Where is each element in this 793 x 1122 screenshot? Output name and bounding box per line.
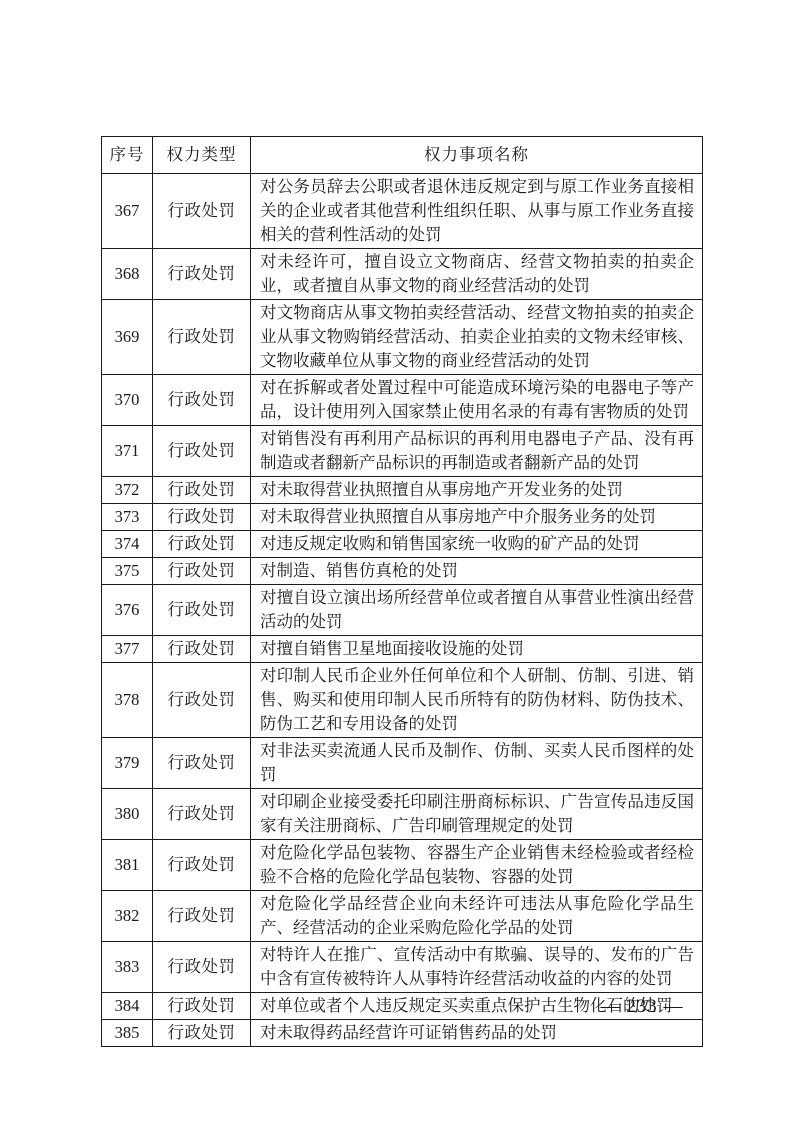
cell-serial-number: 385 [102, 1020, 153, 1047]
cell-power-item-name: 对擅自设立演出场所经营单位或者擅自从事营业性演出经营活动的处罚 [251, 585, 703, 636]
cell-serial-number: 370 [102, 375, 153, 426]
cell-power-item-name: 对未取得药品经营许可证销售药品的处罚 [251, 1020, 703, 1047]
table-row: 383行政处罚对特许人在推广、宣传活动中有欺骗、误导的、发布的广告中含有宣传被特… [102, 942, 703, 993]
header-power-type: 权力类型 [153, 137, 251, 174]
cell-serial-number: 375 [102, 558, 153, 585]
table-row: 375行政处罚对制造、销售仿真枪的处罚 [102, 558, 703, 585]
table-row: 369行政处罚对文物商店从事文物拍卖经营活动、经营文物拍卖的拍卖企业从事文物购销… [102, 300, 703, 375]
cell-serial-number: 377 [102, 636, 153, 663]
cell-power-type: 行政处罚 [153, 504, 251, 531]
cell-power-type: 行政处罚 [153, 993, 251, 1020]
cell-power-type: 行政处罚 [153, 1020, 251, 1047]
table-row: 381行政处罚对危险化学品包装物、容器生产企业销售未经检验或者经检验不合格的危险… [102, 840, 703, 891]
cell-power-type: 行政处罚 [153, 558, 251, 585]
cell-power-item-name: 对未取得营业执照擅自从事房地产开发业务的处罚 [251, 477, 703, 504]
header-power-item-name: 权力事项名称 [251, 137, 703, 174]
cell-serial-number: 374 [102, 531, 153, 558]
cell-power-item-name: 对公务员辞去公职或者退休违反规定到与原工作业务直接相关的企业或者其他营利性组织任… [251, 174, 703, 249]
cell-serial-number: 371 [102, 426, 153, 477]
cell-power-type: 行政处罚 [153, 942, 251, 993]
header-serial-number: 序号 [102, 137, 153, 174]
cell-power-type: 行政处罚 [153, 789, 251, 840]
cell-power-type: 行政处罚 [153, 531, 251, 558]
cell-power-type: 行政处罚 [153, 375, 251, 426]
cell-serial-number: 380 [102, 789, 153, 840]
cell-power-type: 行政处罚 [153, 426, 251, 477]
cell-power-item-name: 对擅自销售卫星地面接收设施的处罚 [251, 636, 703, 663]
table-row: 373行政处罚对未取得营业执照擅自从事房地产中介服务业务的处罚 [102, 504, 703, 531]
cell-power-type: 行政处罚 [153, 738, 251, 789]
table-row: 382行政处罚对危险化学品经营企业向未经许可违法从事危险化学品生产、经营活动的企… [102, 891, 703, 942]
power-items-table: 序号 权力类型 权力事项名称 367行政处罚对公务员辞去公职或者退休违反规定到与… [101, 136, 703, 1047]
cell-power-item-name: 对违反规定收购和销售国家统一收购的矿产品的处罚 [251, 531, 703, 558]
cell-power-item-name: 对未取得营业执照擅自从事房地产中介服务业务的处罚 [251, 504, 703, 531]
table-row: 371行政处罚对销售没有再利用产品标识的再利用电器电子产品、没有再制造或者翻新产… [102, 426, 703, 477]
cell-serial-number: 369 [102, 300, 153, 375]
cell-serial-number: 372 [102, 477, 153, 504]
cell-power-type: 行政处罚 [153, 585, 251, 636]
cell-power-type: 行政处罚 [153, 663, 251, 738]
table-header-row: 序号 权力类型 权力事项名称 [102, 137, 703, 174]
cell-serial-number: 382 [102, 891, 153, 942]
cell-power-item-name: 对特许人在推广、宣传活动中有欺骗、误导的、发布的广告中含有宣传被特许人从事特许经… [251, 942, 703, 993]
cell-power-type: 行政处罚 [153, 249, 251, 300]
cell-serial-number: 367 [102, 174, 153, 249]
cell-power-type: 行政处罚 [153, 636, 251, 663]
cell-power-item-name: 对制造、销售仿真枪的处罚 [251, 558, 703, 585]
cell-serial-number: 376 [102, 585, 153, 636]
table-row: 378行政处罚对印制人民币企业外任何单位和个人研制、仿制、引进、销售、购买和使用… [102, 663, 703, 738]
page-number: — 233 — [592, 996, 692, 1018]
cell-power-item-name: 对销售没有再利用产品标识的再利用电器电子产品、没有再制造或者翻新产品标识的再制造… [251, 426, 703, 477]
table-row: 385行政处罚对未取得药品经营许可证销售药品的处罚 [102, 1020, 703, 1047]
table-row: 367行政处罚对公务员辞去公职或者退休违反规定到与原工作业务直接相关的企业或者其… [102, 174, 703, 249]
table-row: 370行政处罚对在拆解或者处置过程中可能造成环境污染的电器电子等产品，设计使用列… [102, 375, 703, 426]
cell-power-item-name: 对未经许可，擅自设立文物商店、经营文物拍卖的拍卖企业，或者擅自从事文物的商业经营… [251, 249, 703, 300]
cell-power-type: 行政处罚 [153, 840, 251, 891]
cell-power-item-name: 对印制人民币企业外任何单位和个人研制、仿制、引进、销售、购买和使用印制人民币所特… [251, 663, 703, 738]
cell-serial-number: 379 [102, 738, 153, 789]
table-row: 374行政处罚对违反规定收购和销售国家统一收购的矿产品的处罚 [102, 531, 703, 558]
cell-serial-number: 383 [102, 942, 153, 993]
cell-serial-number: 368 [102, 249, 153, 300]
table-body: 367行政处罚对公务员辞去公职或者退休违反规定到与原工作业务直接相关的企业或者其… [102, 174, 703, 1047]
cell-power-type: 行政处罚 [153, 891, 251, 942]
cell-power-item-name: 对非法买卖流通人民币及制作、仿制、买卖人民币图样的处罚 [251, 738, 703, 789]
table-row: 372行政处罚对未取得营业执照擅自从事房地产开发业务的处罚 [102, 477, 703, 504]
table-row: 377行政处罚对擅自销售卫星地面接收设施的处罚 [102, 636, 703, 663]
table-row: 380行政处罚对印刷企业接受委托印刷注册商标标识、广告宣传品违反国家有关注册商标… [102, 789, 703, 840]
cell-power-item-name: 对危险化学品包装物、容器生产企业销售未经检验或者经检验不合格的危险化学品包装物、… [251, 840, 703, 891]
cell-serial-number: 378 [102, 663, 153, 738]
table-row: 368行政处罚对未经许可，擅自设立文物商店、经营文物拍卖的拍卖企业，或者擅自从事… [102, 249, 703, 300]
table-row: 376行政处罚对擅自设立演出场所经营单位或者擅自从事营业性演出经营活动的处罚 [102, 585, 703, 636]
cell-power-item-name: 对文物商店从事文物拍卖经营活动、经营文物拍卖的拍卖企业从事文物购销经营活动、拍卖… [251, 300, 703, 375]
cell-serial-number: 373 [102, 504, 153, 531]
cell-power-type: 行政处罚 [153, 174, 251, 249]
cell-serial-number: 381 [102, 840, 153, 891]
cell-power-type: 行政处罚 [153, 300, 251, 375]
document-page: 序号 权力类型 权力事项名称 367行政处罚对公务员辞去公职或者退休违反规定到与… [0, 0, 793, 1122]
cell-power-item-name: 对在拆解或者处置过程中可能造成环境污染的电器电子等产品，设计使用列入国家禁止使用… [251, 375, 703, 426]
table-row: 379行政处罚对非法买卖流通人民币及制作、仿制、买卖人民币图样的处罚 [102, 738, 703, 789]
cell-power-item-name: 对印刷企业接受委托印刷注册商标标识、广告宣传品违反国家有关注册商标、广告印刷管理… [251, 789, 703, 840]
cell-power-type: 行政处罚 [153, 477, 251, 504]
cell-serial-number: 384 [102, 993, 153, 1020]
cell-power-item-name: 对危险化学品经营企业向未经许可违法从事危险化学品生产、经营活动的企业采购危险化学… [251, 891, 703, 942]
